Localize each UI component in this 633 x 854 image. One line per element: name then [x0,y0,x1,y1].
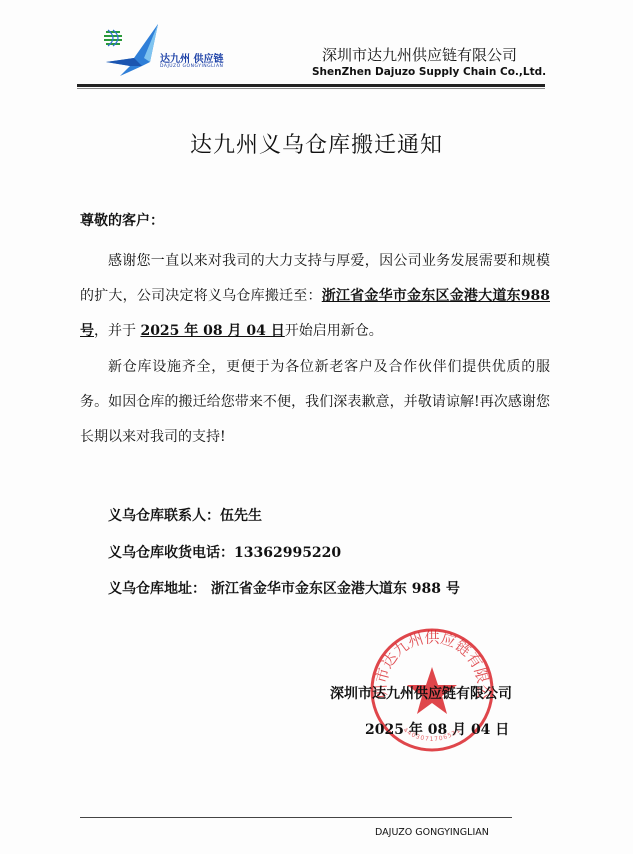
logo-english-text: DAJUZO GONGYINGLIAN [160,64,223,69]
signature-date: 2025 年 08 月 04 日 [365,719,509,739]
warehouse-address-value: 浙江省金华市金东区金港大道东 988 号 [206,581,460,597]
contact-phone-label: 义乌仓库收货电话： [108,545,234,561]
company-name-english: ShenZhen Dajuzo Supply Chain Co.,Ltd. [312,66,546,78]
signature-company: 深圳市达九州供应链有限公司 [330,683,512,703]
logo-chinese-text: 达九州 供应链 [160,50,223,65]
contact-person-line: 义乌仓库联系人：伍先生 [108,505,262,525]
start-date: 2025 年 08 月 04 日 [140,323,284,339]
warehouse-address-label: 义乌仓库地址： [108,581,206,597]
company-name-chinese: 深圳市达九州供应链有限公司 [322,44,517,65]
contact-phone-line: 义乌仓库收货电话：13362995220 [108,542,341,562]
warehouse-address-line: 义乌仓库地址： 浙江省金华市金东区金港大道东 988 号 [108,578,460,598]
paragraph-text: 开始启用新仓。 [285,323,383,339]
footer-divider [80,817,512,818]
header-divider-thin [77,88,545,89]
footer-text: DAJUZO GONGYINGLIAN [375,827,489,838]
notice-title: 达九州义乌仓库搬迁通知 [0,128,633,159]
header-divider [77,84,545,87]
contact-phone-value: 13362995220 [234,545,341,561]
paragraph-text: ，并于 [94,323,140,339]
paragraph-relocation: 感谢您一直以来对我司的大力支持与厚爱，因公司业务发展需要和规模的扩大，公司决定将… [80,244,550,349]
greeting: 尊敬的客户： [80,210,164,230]
contact-person-label: 义乌仓库联系人： [108,508,220,524]
contact-person-value: 伍先生 [220,508,262,524]
paragraph-apology: 新仓库设施齐全，更便于为各位新老客户及合作伙伴们提供优质的服务。如因仓库的搬迁给… [80,350,550,455]
